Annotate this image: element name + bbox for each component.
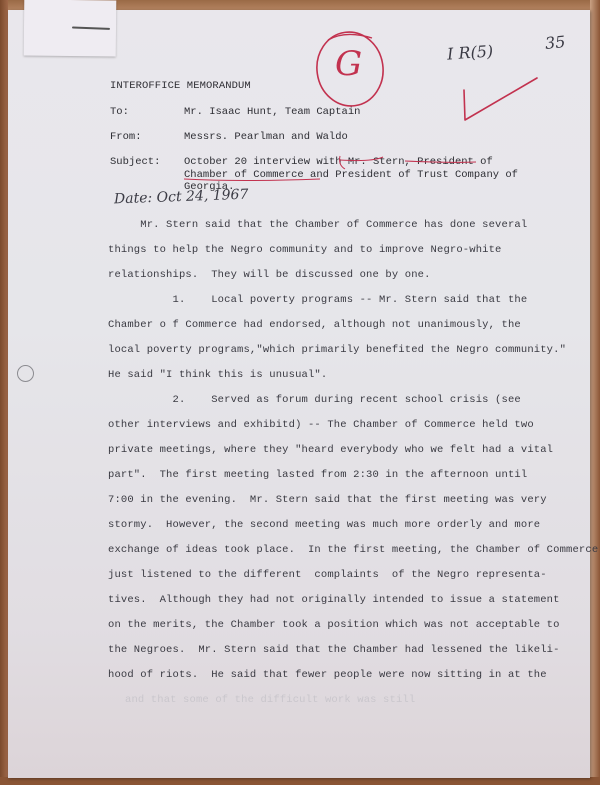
corner-pencil-note: 35	[544, 32, 566, 53]
body-text-line: stormy. However, the second meeting was …	[108, 519, 540, 531]
bleed-through-text: and that some of the difficult work was …	[125, 694, 415, 706]
body-text-line: Chamber o f Commerce had endorsed, altho…	[108, 319, 521, 331]
from-value: Messrs. Pearlman and Waldo	[184, 131, 348, 143]
body-text-line: private meetings, where they "heard ever…	[108, 444, 553, 456]
subject-line-1: October 20 interview with Mr. Stern, Pre…	[184, 156, 493, 168]
body-text-line: tives. Although they had not originally …	[108, 594, 560, 606]
body-text-line: other interviews and exhibitd) -- The Ch…	[108, 419, 534, 431]
body-text-line: local poverty programs,"which primarily …	[108, 344, 566, 356]
body-text-line: 1. Local poverty programs -- Mr. Stern s…	[108, 294, 527, 306]
body-text-line: hood of riots. He said that fewer people…	[108, 669, 547, 681]
memo-title: INTEROFFICE MEMORANDUM	[110, 80, 251, 92]
body-text-line: on the merits, the Chamber took a positi…	[108, 619, 560, 631]
body-text-line: He said "I think this is unusual".	[108, 369, 327, 381]
to-label: To:	[110, 106, 129, 118]
desk-surface-bottom	[0, 777, 600, 785]
to-value: Mr. Isaac Hunt, Team Captain	[184, 106, 360, 118]
subject-label: Subject:	[110, 156, 160, 168]
subject-line-2: Chamber of Commerce and President of Tru…	[184, 169, 518, 181]
body-text-line: exchange of ideas took place. In the fir…	[108, 544, 598, 556]
body-text-line: the Negroes. Mr. Stern said that the Cha…	[108, 644, 560, 656]
body-text-line: things to help the Negro community and t…	[108, 244, 502, 256]
body-text-line: Mr. Stern said that the Chamber of Comme…	[108, 219, 527, 231]
slip-pencil-mark	[72, 27, 110, 30]
body-text-line: 7:00 in the evening. Mr. Stern said that…	[108, 494, 547, 506]
body-text-line: part". The first meeting lasted from 2:3…	[108, 469, 527, 481]
body-text-line: just listened to the different complaint…	[108, 569, 547, 581]
circled-grade-letter: G	[335, 44, 362, 84]
desk-surface-right	[590, 0, 600, 785]
desk-surface-left	[0, 0, 8, 785]
from-label: From:	[110, 131, 142, 143]
body-text-line: 2. Served as forum during recent school …	[108, 394, 521, 406]
punch-hole-icon	[17, 365, 34, 382]
top-pencil-note: I R(5)	[446, 41, 493, 63]
paper-slip	[24, 0, 117, 56]
body-text-line: relationships. They will be discussed on…	[108, 269, 431, 281]
